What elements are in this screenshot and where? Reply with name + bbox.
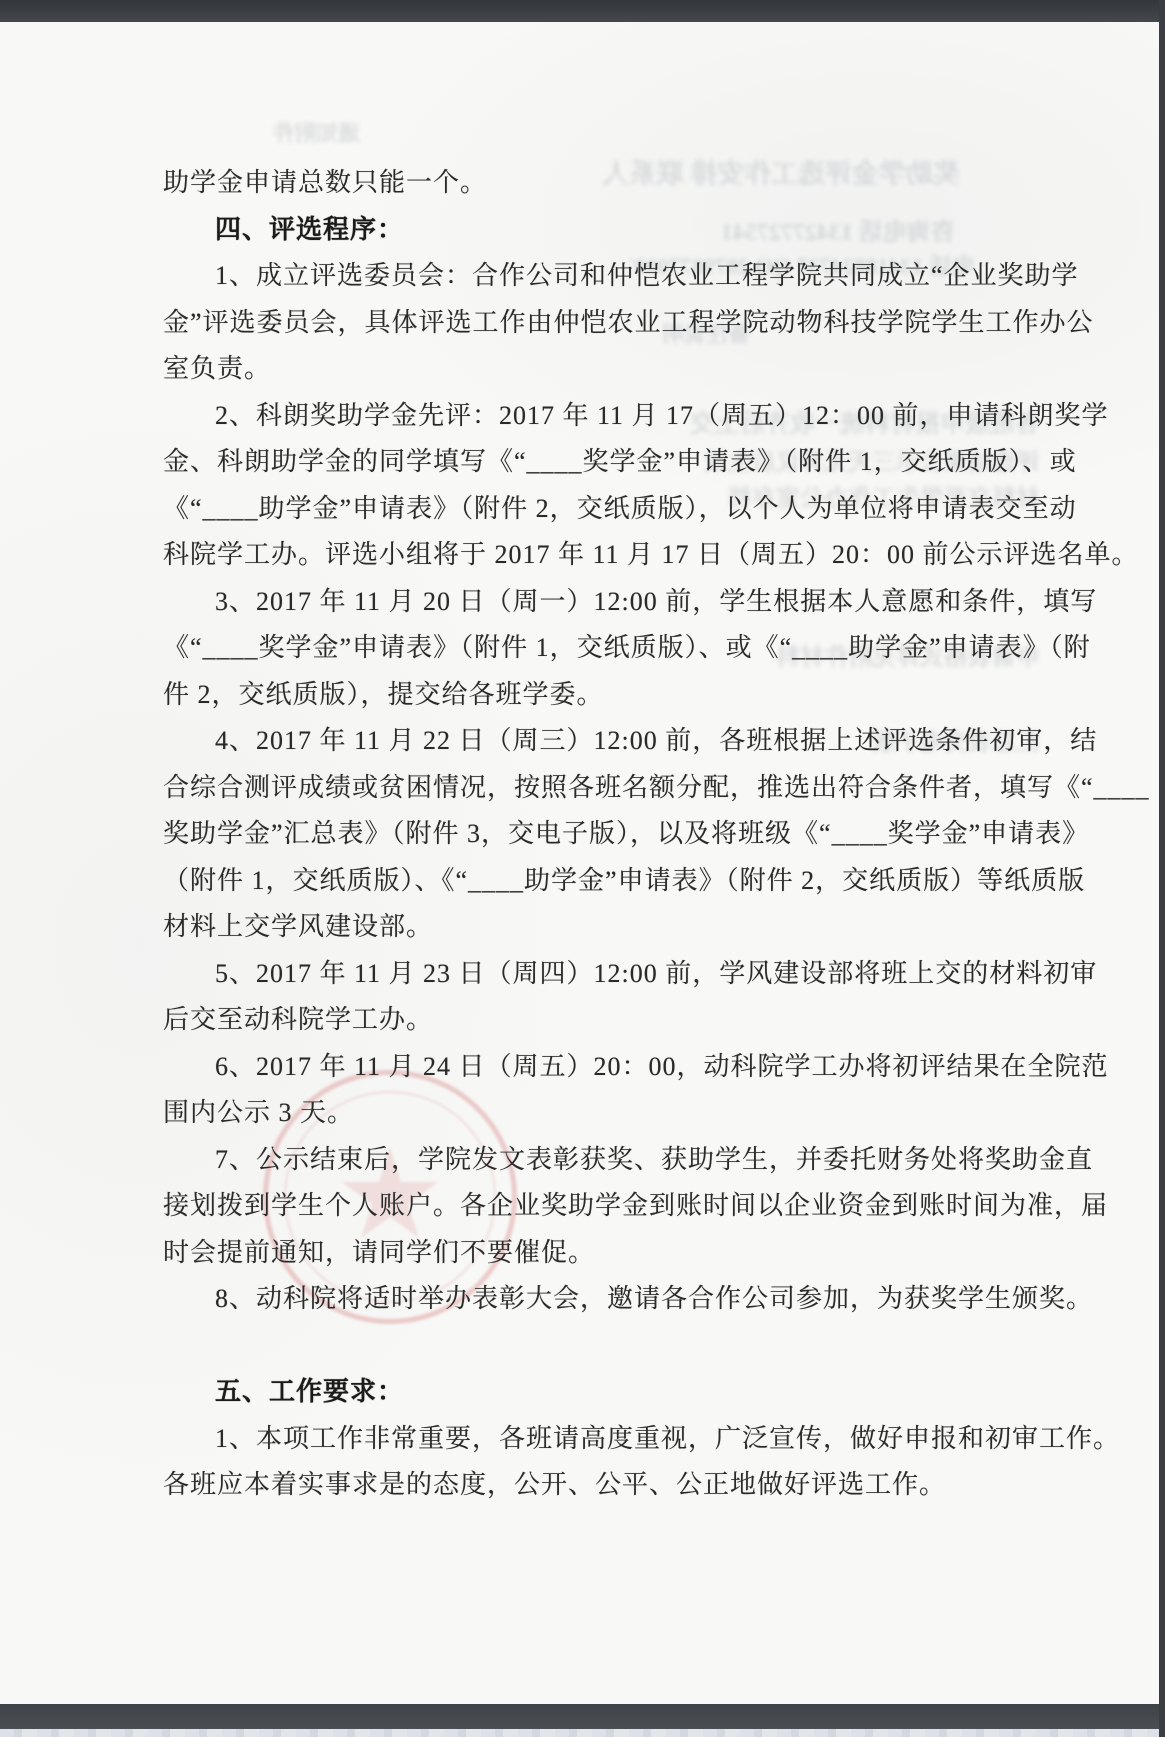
doc-line: 材料上交学风建设部。 xyxy=(163,904,1040,951)
doc-line: 金、科朗助学金的同学填写《“____奖学金”申请表》（附件 1，交纸质版）、或 xyxy=(163,439,1040,486)
doc-line: 2、科朗奖助学金先评：2017 年 11 月 17（周五）12：00 前，申请科… xyxy=(163,393,1040,440)
paper-sheet: 奖助学金评选工作安排 联系人咨询电话 13427727541电话 1341882… xyxy=(0,22,1159,1704)
doc-line: 室负责。 xyxy=(163,346,1040,393)
doc-line: 科院学工办。评选小组将于 2017 年 11 月 17 日（周五）20：00 前… xyxy=(163,532,1040,579)
doc-line: 7、公示结束后，学院发文表彰获奖、获助学生，并委托财务处将奖助金直 xyxy=(163,1137,1040,1184)
scanned-document-page: 奖助学金评选工作安排 联系人咨询电话 13427727541电话 1341882… xyxy=(0,0,1165,1737)
doc-line: 1、成立评选委员会：合作公司和仲恺农业工程学院共同成立“企业奖助学 xyxy=(163,253,1040,300)
doc-line: 时会提前通知，请同学们不要催促。 xyxy=(163,1230,1040,1277)
doc-line: 各班应本着实事求是的态度，公开、公平、公正地做好评选工作。 xyxy=(163,1462,1040,1509)
document-text: 助学金申请总数只能一个。四、评选程序：1、成立评选委员会：合作公司和仲恺农业工程… xyxy=(163,160,1040,1509)
doc-line: （附件 1，交纸质版）、《“____助学金”申请表》（附件 2，交纸质版）等纸质… xyxy=(163,858,1040,905)
doc-line: 3、2017 年 11 月 20 日（周一）12:00 前，学生根据本人意愿和条… xyxy=(163,579,1040,626)
scan-right-border xyxy=(1159,0,1165,1737)
doc-line: 1、本项工作非常重要，各班请高度重视，广泛宣传，做好申报和初审工作。 xyxy=(163,1416,1040,1463)
doc-heading-line: 四、评选程序： xyxy=(163,207,1040,254)
doc-line: 8、动科院将适时举办表彰大会，邀请各合作公司参加，为获奖学生颁奖。 xyxy=(163,1276,1040,1323)
doc-line: 《“____奖学金”申请表》（附件 1，交纸质版）、或《“____助学金”申请表… xyxy=(163,625,1040,672)
scan-top-border xyxy=(0,0,1165,22)
doc-line: 6、2017 年 11 月 24 日（周五）20：00，动科院学工办将初评结果在… xyxy=(163,1044,1040,1091)
doc-line: 接划拨到学生个人账户。各企业奖助学金到账时间以企业资金到账时间为准，届 xyxy=(163,1183,1040,1230)
doc-line: 件 2，交纸质版），提交给各班学委。 xyxy=(163,672,1040,719)
doc-line: 围内公示 3 天。 xyxy=(163,1090,1040,1137)
doc-line: 合综合测评成绩或贫困情况，按照各班名额分配，推选出符合条件者，填写《“____ xyxy=(163,765,1040,812)
doc-line: 《“____助学金”申请表》（附件 2，交纸质版），以个人为单位将申请表交至动 xyxy=(163,486,1040,533)
doc-heading-line: 五、工作要求： xyxy=(163,1369,1040,1416)
doc-line: 金”评选委员会，具体评选工作由仲恺农业工程学院动物科技学院学生工作办公 xyxy=(163,300,1040,347)
doc-line: 助学金申请总数只能一个。 xyxy=(163,160,1040,207)
scan-bottom-strip xyxy=(0,1729,1165,1737)
scan-bottom-border xyxy=(0,1704,1165,1729)
doc-line: 奖助学金”汇总表》（附件 3，交电子版），以及将班级《“____奖学金”申请表》 xyxy=(163,811,1040,858)
doc-line: 后交至动科院学工办。 xyxy=(163,997,1040,1044)
bleedthrough-line: 通知附件 xyxy=(240,117,360,148)
doc-line: 4、2017 年 11 月 22 日（周三）12:00 前，各班根据上述评选条件… xyxy=(163,718,1040,765)
doc-line: 5、2017 年 11 月 23 日（周四）12:00 前，学风建设部将班上交的… xyxy=(163,951,1040,998)
